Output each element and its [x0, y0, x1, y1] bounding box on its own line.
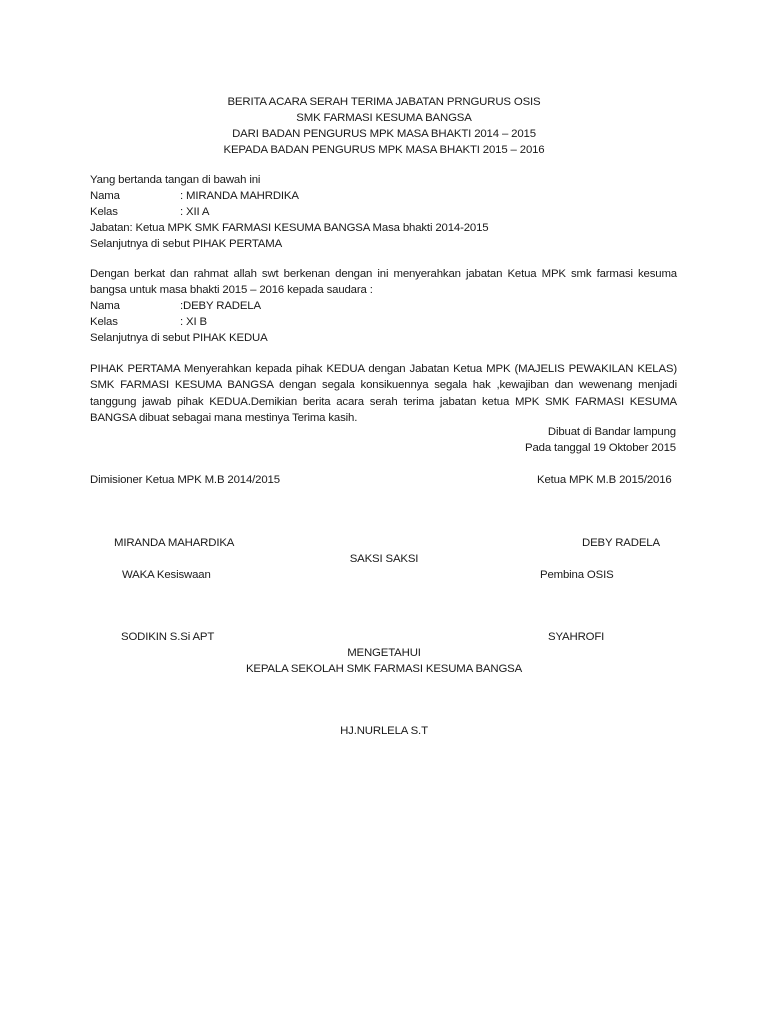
class-label: Kelas — [90, 314, 180, 330]
title-line-2: SMK FARMASI KESUMA BANGSA — [0, 110, 768, 126]
name-value: :DEBY RADELA — [180, 300, 261, 312]
acknowledge-heading: MENGETAHUI — [0, 645, 768, 661]
name-label: Nama — [90, 298, 180, 314]
first-party-designation: Selanjutnya di sebut PIHAK PERTAMA — [90, 236, 282, 252]
first-party-name-row: Nama: MIRANDA MAHRDIKA — [90, 188, 299, 204]
principal-role: KEPALA SEKOLAH SMK FARMASI KESUMA BANGSA — [0, 661, 768, 677]
witness-heading: SAKSI SAKSI — [0, 551, 768, 567]
witness-right-name: SYAHROFI — [548, 629, 604, 645]
second-party-name-row: Nama:DEBY RADELA — [90, 298, 261, 314]
title-line-3: DARI BADAN PENGURUS MPK MASA BHAKTI 2014… — [0, 126, 768, 142]
witness-left-name: SODIKIN S.Si APT — [121, 629, 214, 645]
class-value: : XII A — [180, 206, 209, 218]
right-signer-role: Ketua MPK M.B 2015/2016 — [537, 472, 672, 488]
intro-text: Yang bertanda tangan di bawah ini — [90, 172, 260, 188]
second-party-designation: Selanjutnya di sebut PIHAK KEDUA — [90, 330, 268, 346]
class-label: Kelas — [90, 204, 180, 220]
place-text: Dibuat di Bandar lampung — [548, 424, 676, 440]
handover-paragraph: Dengan berkat dan rahmat allah swt berke… — [90, 266, 677, 299]
witness-right-role: Pembina OSIS — [540, 567, 614, 583]
left-signer-role: Dimisioner Ketua MPK M.B 2014/2015 — [90, 472, 280, 488]
class-value: : XI B — [180, 316, 207, 328]
document-page: BERITA ACARA SERAH TERIMA JABATAN PRNGUR… — [0, 0, 768, 1024]
right-signer-name: DEBY RADELA — [582, 535, 660, 551]
statement-paragraph: PIHAK PERTAMA Menyerahkan kepada pihak K… — [90, 361, 677, 427]
principal-name: HJ.NURLELA S.T — [0, 723, 768, 739]
position-line: Jabatan: Ketua MPK SMK FARMASI KESUMA BA… — [90, 220, 488, 236]
left-signer-name: MIRANDA MAHARDIKA — [114, 535, 234, 551]
date-text: Pada tanggal 19 Oktober 2015 — [525, 440, 676, 456]
second-party-class-row: Kelas: XI B — [90, 314, 207, 330]
name-value: : MIRANDA MAHRDIKA — [180, 190, 299, 202]
witness-left-role: WAKA Kesiswaan — [122, 567, 211, 583]
title-line-4: KEPADA BADAN PENGURUS MPK MASA BHAKTI 20… — [0, 142, 768, 158]
name-label: Nama — [90, 188, 180, 204]
first-party-class-row: Kelas: XII A — [90, 204, 209, 220]
title-line-1: BERITA ACARA SERAH TERIMA JABATAN PRNGUR… — [0, 94, 768, 110]
